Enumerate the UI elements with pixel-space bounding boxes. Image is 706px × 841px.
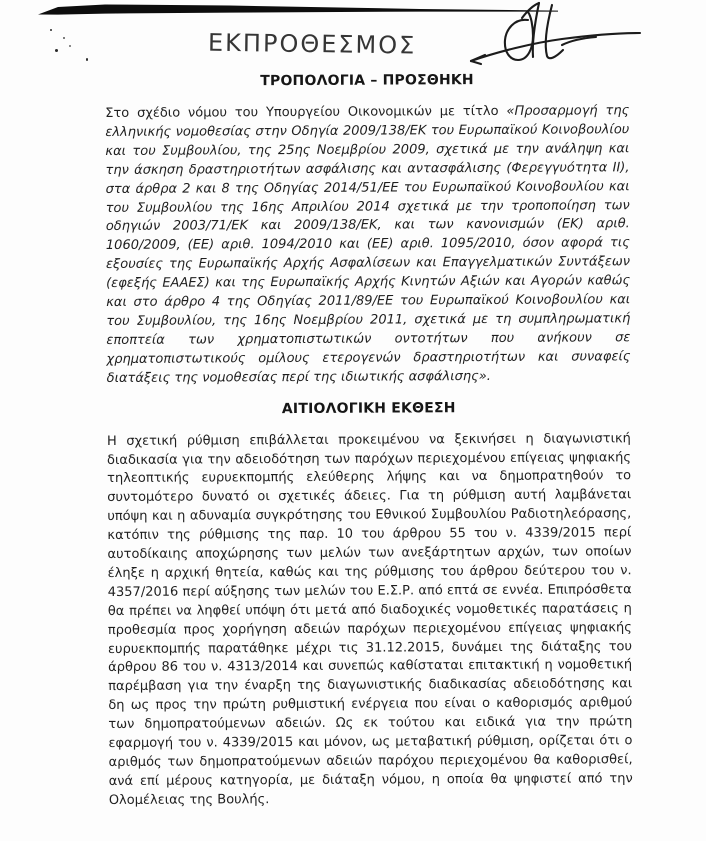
amendment-heading: ΤΡΟΠΟΛΟΓΙΑ – ΠΡΟΣΘΗΚΗ [105, 71, 629, 90]
amendment-intro-text: Στο σχέδιο νόμου του Υπουργείου Οικονομι… [105, 104, 506, 121]
signature-icon [462, 0, 662, 70]
handwritten-title: ΕΚΠΡΟΘΕΣΜΟΣ [208, 29, 408, 60]
quoted-law-title-text: «Προσαρμογή της ελληνικής νομοθεσίας στη… [105, 103, 630, 385]
ink-speck-icon [69, 45, 71, 47]
explanatory-report-paragraph: Η σχετική ρύθμιση επιβάλλεται προκειμένο… [107, 430, 633, 811]
document-body: ΤΡΟΠΟΛΟΓΙΑ – ΠΡΟΣΘΗΚΗ Στο σχέδιο νόμου τ… [105, 71, 633, 810]
scanned-document-page: ΕΚΠΡΟΘΕΣΜΟΣ ΤΡΟΠΟΛΟΓΙΑ – ΠΡΟΣΘΗΚΗ Στο σχ… [0, 0, 706, 841]
ink-speck-icon [55, 49, 58, 52]
ink-speck-icon [86, 58, 88, 61]
ink-speck-icon [63, 37, 65, 39]
explanatory-report-heading: ΑΙΤΙΟΛΟΓΙΚΗ ΕΚΘΕΣΗ [107, 399, 631, 418]
ink-speck-icon [50, 29, 52, 31]
amendment-paragraph: Στο σχέδιο νόμου του Υπουργείου Οικονομι… [105, 102, 630, 388]
